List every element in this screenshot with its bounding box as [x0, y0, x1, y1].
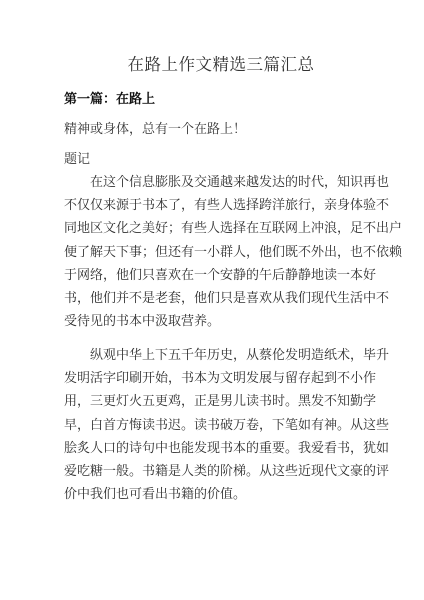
paragraph-2: 纵观中华上下五千年历史，从蔡伦发明造纸术，毕升 发明活字印刷开始，书本为文明发展… [64, 344, 364, 506]
document-page: 在路上作文精选三篇汇总 第一篇：在路上 精神或身体，总有一个在路上！ 题记 在这… [0, 0, 424, 600]
paragraph-line: 价中我们也可看出书籍的价值。 [64, 483, 364, 506]
paragraph-line: 便了解天下事；但还有一小群人，他们既不外出，也不依赖 [64, 241, 364, 264]
paragraph-line: 同地区文化之美好；有些人选择在互联网上冲浪，足不出户 [64, 217, 364, 240]
paragraph-line: 纵观中华上下五千年历史，从蔡伦发明造纸术，毕升 [64, 344, 364, 367]
paragraph-line: 脍炙人口的诗句中也能发现书本的重要。我爱看书，犹如 [64, 437, 364, 460]
paragraph-line: 发明活字印刷开始，书本为文明发展与留存起到不小作 [64, 367, 364, 390]
paragraph-line: 爱吃糖一般。书籍是人类的阶梯。从这些近现代文豪的评 [64, 460, 364, 483]
paragraph-line: 不仅仅来源于书本了，有些人选择跨洋旅行，亲身体验不 [64, 194, 364, 217]
paragraph-1: 在这个信息膨胀及交通越来越发达的时代，知识再也 不仅仅来源于书本了，有些人选择跨… [64, 171, 364, 333]
motto-line: 精神或身体，总有一个在路上！ [64, 118, 246, 137]
paragraph-line: 早，白首方悔读书迟。读书破万卷，下笔如有神。从这些 [64, 414, 364, 437]
document-title: 在路上作文精选三篇汇总 [0, 51, 424, 75]
epigraph-label: 题记 [64, 148, 90, 167]
paragraph-line: 书，他们并不是老套，他们只是喜欢从我们现代生活中不 [64, 287, 364, 310]
paragraph-line: 用，三更灯火五更鸡，正是男儿读书时。黑发不知勤学 [64, 390, 364, 413]
paragraph-line: 受待见的书本中汲取营养。 [64, 310, 364, 333]
section-heading: 第一篇：在路上 [64, 88, 155, 107]
paragraph-line: 于网络，他们只喜欢在一个安静的午后静静地读一本好 [64, 264, 364, 287]
paragraph-line: 在这个信息膨胀及交通越来越发达的时代，知识再也 [64, 171, 364, 194]
